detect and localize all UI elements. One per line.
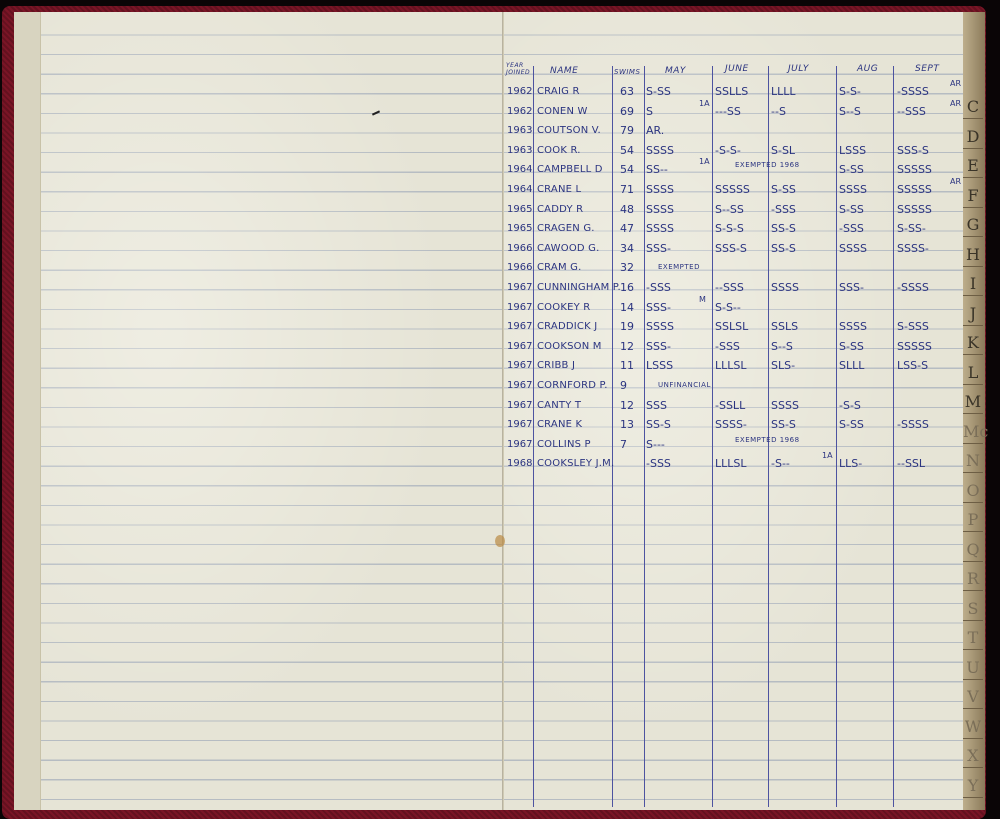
index-tab-i[interactable]: I xyxy=(963,273,983,296)
cell-year: 1966 xyxy=(507,239,532,258)
cell-may: S--- xyxy=(646,435,665,454)
index-tab-mc[interactable]: Mc xyxy=(963,421,983,444)
cell-swims: 13 xyxy=(620,415,634,434)
cell-sept: --SSL xyxy=(897,454,925,473)
cell-swims: 19 xyxy=(620,317,634,336)
cell-aug: SSSS xyxy=(839,317,867,336)
cell-may: SS-- xyxy=(646,160,668,179)
cell-year: 1967 xyxy=(507,356,532,375)
pen-stroke-mark xyxy=(372,110,380,115)
cell-sept: -SSSS xyxy=(897,82,929,101)
cell-sept: S-SSS xyxy=(897,317,929,336)
cell-name: COUTSON V. xyxy=(537,121,601,140)
cell-may: SSS xyxy=(646,396,667,415)
margin-annotation: AR xyxy=(950,74,961,93)
cell-aug: -S-S xyxy=(839,396,861,415)
cell-july: S--S xyxy=(771,337,793,356)
cell-swims: 9 xyxy=(620,376,627,395)
cell-sept: S-SS- xyxy=(897,219,926,238)
cell-aug: S-SS xyxy=(839,160,864,179)
cell-sept: SSSSS xyxy=(897,160,932,179)
column-divider xyxy=(836,66,837,807)
cell-sept: --SSS xyxy=(897,102,926,121)
cell-swims: 12 xyxy=(620,337,634,356)
cell-sept: LSS-S xyxy=(897,356,928,375)
cell-july: S-SS xyxy=(771,180,796,199)
cell-name: CAMPBELL D xyxy=(537,160,603,179)
cell-swims: 47 xyxy=(620,219,634,238)
cell-name: CAWOOD G. xyxy=(537,239,600,258)
cell-may: SSS- xyxy=(646,337,671,356)
index-tab-m[interactable]: M xyxy=(963,391,983,414)
margin-annotation: M xyxy=(699,290,706,309)
header-aug: AUG xyxy=(857,64,878,74)
cell-year: 1967 xyxy=(507,376,532,395)
cell-name: CUNNINGHAM P. xyxy=(537,278,621,297)
cell-swims: 54 xyxy=(620,160,634,179)
cell-name: COOK R. xyxy=(537,141,581,160)
cell-may: S-SS xyxy=(646,82,671,101)
cell-june: SSS-S xyxy=(715,239,747,258)
index-tab-w[interactable]: W xyxy=(963,716,983,739)
cell-swims: 69 xyxy=(620,102,634,121)
cell-year: 1967 xyxy=(507,278,532,297)
cell-june: SSSSS xyxy=(715,180,750,199)
index-tab-q[interactable]: Q xyxy=(963,539,983,562)
cell-may: SSSS xyxy=(646,141,674,160)
cell-aug: SSSS xyxy=(839,180,867,199)
cell-swims: 48 xyxy=(620,200,634,219)
margin-annotation: 1A xyxy=(699,94,710,113)
header-june: JUNE xyxy=(725,64,749,74)
cell-name: CRANE L xyxy=(537,180,581,199)
cell-swims: 63 xyxy=(620,82,634,101)
cell-july: LLLL xyxy=(771,82,796,101)
cell-may: SSSS xyxy=(646,219,674,238)
cell-july: -S-- xyxy=(771,454,790,473)
index-tab-j[interactable]: J xyxy=(963,303,983,326)
cell-year: 1968 xyxy=(507,454,532,473)
cell-swims: 11 xyxy=(620,356,634,375)
column-divider xyxy=(612,66,613,807)
cell-swims: 71 xyxy=(620,180,634,199)
index-tab-p[interactable]: P xyxy=(963,509,983,532)
alphabet-index-tabs[interactable]: CDEFGHIJKLMMcNOPQRSTUVWXY xyxy=(963,12,985,810)
cell-july: --S xyxy=(771,102,786,121)
header-year-joined: YEAR JOINED xyxy=(506,62,534,76)
cell-aug: S-SS xyxy=(839,337,864,356)
index-tab-x[interactable]: X xyxy=(963,745,983,768)
margin-annotation: 1A xyxy=(822,446,833,465)
cell-july: SS-S xyxy=(771,219,796,238)
cell-name: CRANE K xyxy=(537,415,582,434)
header-july: JULY xyxy=(788,64,809,74)
cell-july: SSLS xyxy=(771,317,798,336)
cell-aug: SSSS xyxy=(839,239,867,258)
cell-may: -SSS xyxy=(646,454,671,473)
cell-july: SLS- xyxy=(771,356,795,375)
column-divider xyxy=(712,66,713,807)
cell-sept: SSSSS xyxy=(897,337,932,356)
cell-july: -SSS xyxy=(771,200,796,219)
cell-name: COOKEY R xyxy=(537,298,590,317)
index-tab-r[interactable]: R xyxy=(963,568,983,591)
cell-aug: S-SS xyxy=(839,415,864,434)
cell-swims: 12 xyxy=(620,396,634,415)
cell-aug: LLS- xyxy=(839,454,862,473)
cell-may: S xyxy=(646,102,653,121)
cell-july: SS-S xyxy=(771,239,796,258)
cell-year: 1967 xyxy=(507,415,532,434)
column-divider xyxy=(533,66,534,807)
cell-swims: 32 xyxy=(620,258,634,277)
cell-may: AR. xyxy=(646,121,664,140)
left-page-margin xyxy=(14,12,41,810)
index-tab-d[interactable]: D xyxy=(963,126,983,149)
cell-may: SSSS xyxy=(646,317,674,336)
column-divider xyxy=(644,66,645,807)
index-tab-o[interactable]: O xyxy=(963,480,983,503)
cell-sept: -SSSS xyxy=(897,415,929,434)
index-tab-s[interactable]: S xyxy=(963,598,983,621)
cell-june: LLLSL xyxy=(715,454,747,473)
index-tab-n[interactable]: N xyxy=(963,450,983,473)
index-tab-e[interactable]: E xyxy=(963,155,983,178)
exemption-note: EXEMPTED 1968 xyxy=(735,156,800,175)
cell-name: CRAGEN G. xyxy=(537,219,595,238)
index-tab-g[interactable]: G xyxy=(963,214,983,237)
cell-sept: SSSSS xyxy=(897,180,932,199)
cell-year: 1964 xyxy=(507,180,532,199)
index-tab-y[interactable]: Y xyxy=(963,775,983,798)
cell-swims: 34 xyxy=(620,239,634,258)
cell-may: SS-S xyxy=(646,415,671,434)
cell-sept: SSS-S xyxy=(897,141,929,160)
index-tab-u[interactable]: U xyxy=(963,657,983,680)
cell-aug: LSSS xyxy=(839,141,866,160)
cell-year: 1963 xyxy=(507,121,532,140)
cell-june: LLLSL xyxy=(715,356,747,375)
cell-may: SSS- xyxy=(646,239,671,258)
cell-name: COLLINS P xyxy=(537,435,591,454)
cell-year: 1967 xyxy=(507,317,532,336)
cell-may: UNFINANCIAL xyxy=(658,376,711,395)
cell-year: 1962 xyxy=(507,102,532,121)
cell-june: SSLLS xyxy=(715,82,748,101)
cell-june: -SSS xyxy=(715,337,740,356)
cell-swims: 79 xyxy=(620,121,634,140)
cell-year: 1967 xyxy=(507,396,532,415)
margin-annotation: AR xyxy=(950,172,961,191)
cell-june: S--SS xyxy=(715,200,744,219)
paper-stain xyxy=(495,535,505,547)
cell-name: CADDY R xyxy=(537,200,583,219)
cell-year: 1965 xyxy=(507,219,532,238)
cell-year: 1967 xyxy=(507,337,532,356)
cell-aug: S--S xyxy=(839,102,861,121)
column-divider xyxy=(893,66,894,807)
cell-swims: 7 xyxy=(620,435,627,454)
index-tab-h[interactable]: H xyxy=(963,244,983,267)
cell-june: S-S-- xyxy=(715,298,741,317)
cell-name: COOKSLEY J.M. xyxy=(537,454,614,473)
left-page xyxy=(14,12,503,810)
cell-name: CRIBB J xyxy=(537,356,575,375)
cell-year: 1965 xyxy=(507,200,532,219)
index-tab-v[interactable]: V xyxy=(963,686,983,709)
cell-aug: -SSS xyxy=(839,219,864,238)
cell-sept: -SSSS xyxy=(897,278,929,297)
margin-annotation: 1A xyxy=(699,152,710,171)
cell-june: --SSS xyxy=(715,278,744,297)
index-tab-f[interactable]: F xyxy=(963,185,983,208)
header-sept: SEPT xyxy=(915,64,939,74)
index-tab-l[interactable]: L xyxy=(963,362,983,385)
cell-swims: 54 xyxy=(620,141,634,160)
cell-name: CANTY T xyxy=(537,396,581,415)
cell-june: ---SS xyxy=(715,102,741,121)
cell-aug: SLLL xyxy=(839,356,864,375)
cell-year: 1964 xyxy=(507,160,532,179)
cell-july: SSSS xyxy=(771,278,799,297)
index-tab-t[interactable]: T xyxy=(963,627,983,650)
cell-swims: 16 xyxy=(620,278,634,297)
cell-swims: 14 xyxy=(620,298,634,317)
cell-year: 1962 xyxy=(507,82,532,101)
exemption-note: EXEMPTED 1968 xyxy=(735,431,800,450)
cell-name: CRAIG R xyxy=(537,82,580,101)
index-tab-k[interactable]: K xyxy=(963,332,983,355)
cell-sept: SSSS- xyxy=(897,239,929,258)
cell-may: -SSS xyxy=(646,278,671,297)
cell-july: SSSS xyxy=(771,396,799,415)
cell-aug: S-S- xyxy=(839,82,861,101)
cell-may: SSS- xyxy=(646,298,671,317)
cell-name: CRAM G. xyxy=(537,258,582,277)
cell-june: S-S-S xyxy=(715,219,744,238)
header-name: NAME xyxy=(550,66,578,76)
cell-may: SSSS xyxy=(646,200,674,219)
cell-may: LSSS xyxy=(646,356,673,375)
cell-aug: SSS- xyxy=(839,278,864,297)
cell-may: SSSS xyxy=(646,180,674,199)
cell-year: 1966 xyxy=(507,258,532,277)
header-may: MAY xyxy=(665,66,686,76)
cell-year: 1967 xyxy=(507,298,532,317)
cell-aug: S-SS xyxy=(839,200,864,219)
cell-june: SSLSL xyxy=(715,317,748,336)
cell-name: CORNFORD P. xyxy=(537,376,608,395)
index-tab-c[interactable]: C xyxy=(963,96,983,119)
margin-annotation: AR xyxy=(950,94,961,113)
cell-year: 1967 xyxy=(507,435,532,454)
cell-may: EXEMPTED xyxy=(658,258,700,277)
cell-june: -SSLL xyxy=(715,396,745,415)
cell-name: CRADDICK J xyxy=(537,317,597,336)
cell-year: 1963 xyxy=(507,141,532,160)
cell-name: CONEN W xyxy=(537,102,588,121)
header-swims: SWIMS xyxy=(614,68,640,76)
cell-sept: SSSSS xyxy=(897,200,932,219)
cell-name: COOKSON M xyxy=(537,337,602,356)
